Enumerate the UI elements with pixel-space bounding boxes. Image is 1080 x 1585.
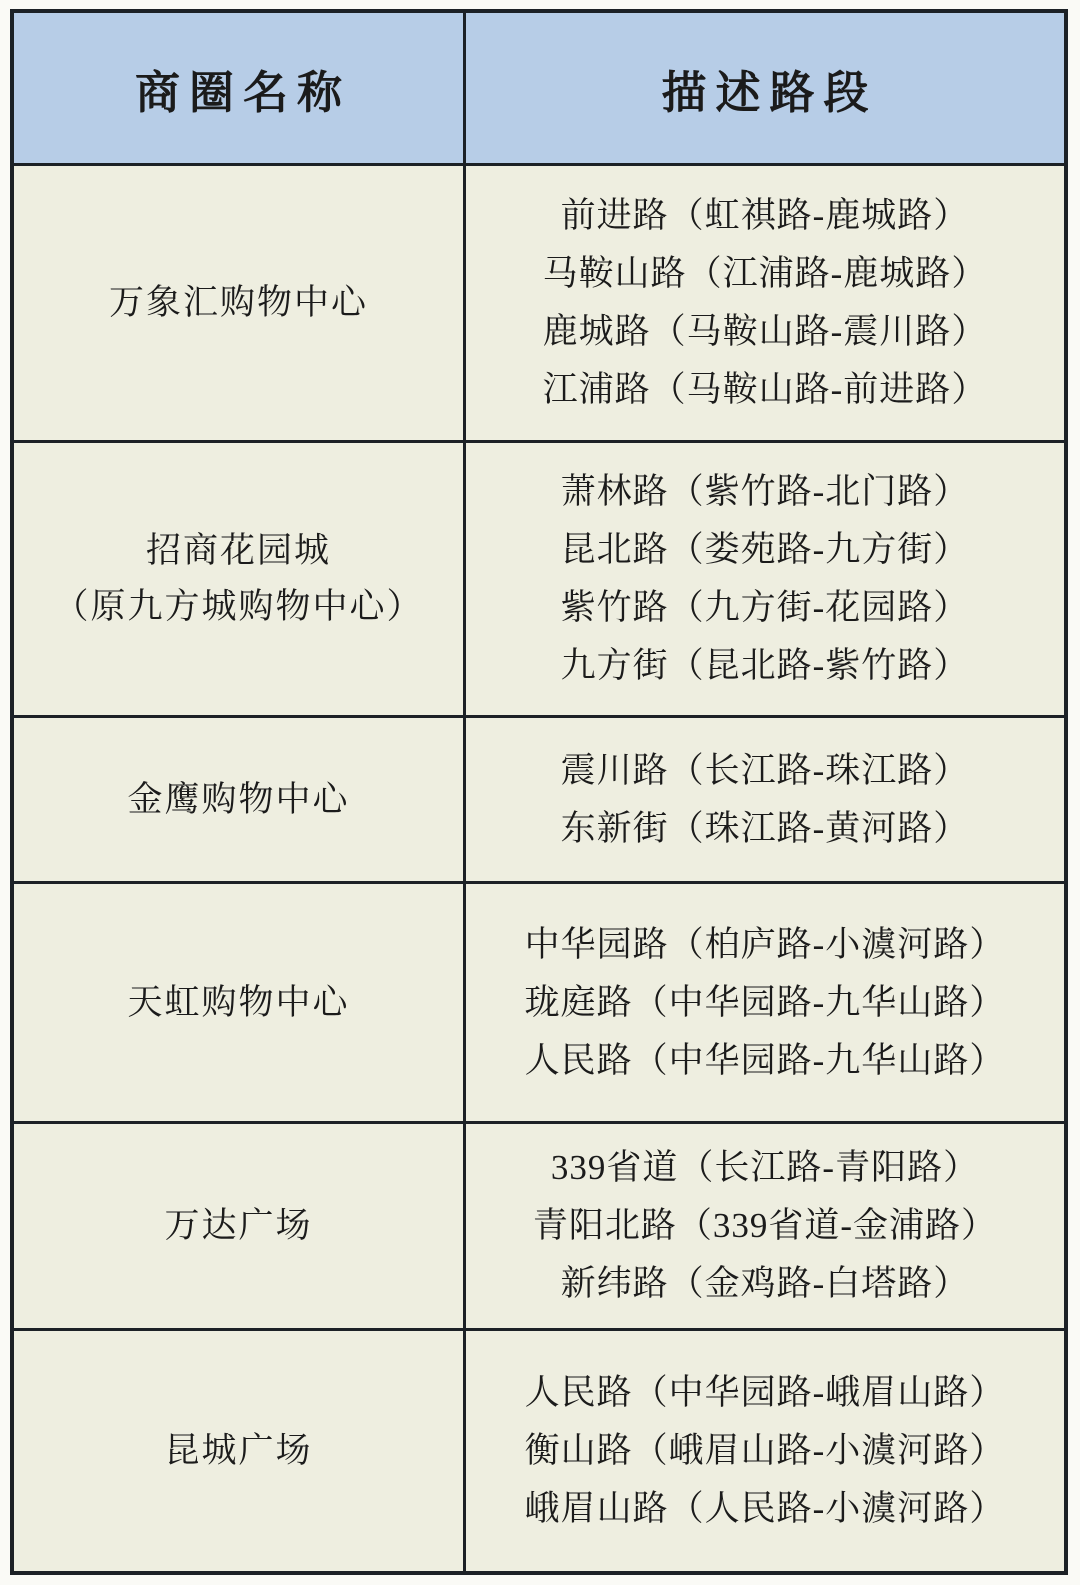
page: 商圈名称 描述路段 万象汇购物中心 前进路（虹祺路-鹿城路） 马鞍山路（江浦路-… <box>0 0 1080 1585</box>
district-name: 招商花园城 <box>146 523 331 579</box>
district-cell: 昆城广场 <box>14 1331 466 1571</box>
segments-cell: 前进路（虹祺路-鹿城路） 马鞍山路（江浦路-鹿城路） 鹿城路（马鞍山路-震川路）… <box>466 166 1064 440</box>
district-name: 万象汇购物中心 <box>109 275 368 331</box>
segment-line: 青阳北路（339省道-金浦路） <box>533 1197 997 1255</box>
segment-line: 人民路（中华园路-峨眉山路） <box>525 1364 1006 1422</box>
district-cell: 万达广场 <box>14 1124 466 1328</box>
business-district-table: 商圈名称 描述路段 万象汇购物中心 前进路（虹祺路-鹿城路） 马鞍山路（江浦路-… <box>10 9 1068 1575</box>
segments-cell: 中华园路（柏庐路-小澞河路） 珑庭路（中华园路-九华山路） 人民路（中华园路-九… <box>466 884 1064 1121</box>
segment-line: 昆北路（娄苑路-九方街） <box>561 521 970 579</box>
segments-cell: 339省道（长江路-青阳路） 青阳北路（339省道-金浦路） 新纬路（金鸡路-白… <box>466 1124 1064 1328</box>
segment-line: 峨眉山路（人民路-小澞河路） <box>525 1480 1006 1538</box>
segment-line: 萧林路（紫竹路-北门路） <box>561 463 970 521</box>
header-road-segments: 描述路段 <box>466 13 1064 163</box>
table-row-tianhong: 天虹购物中心 中华园路（柏庐路-小澞河路） 珑庭路（中华园路-九华山路） 人民路… <box>14 881 1064 1121</box>
district-name: 金鹰购物中心 <box>127 772 349 828</box>
segment-line: 人民路（中华园路-九华山路） <box>525 1032 1006 1090</box>
table-row-jinying: 金鹰购物中心 震川路（长江路-珠江路） 东新街（珠江路-黄河路） <box>14 715 1064 881</box>
segment-line: 珑庭路（中华园路-九华山路） <box>525 974 1006 1032</box>
segment-line: 新纬路（金鸡路-白塔路） <box>561 1255 970 1313</box>
segment-line: 江浦路（马鞍山路-前进路） <box>543 361 988 419</box>
table-row-zhaoshang: 招商花园城 （原九方城购物中心） 萧林路（紫竹路-北门路） 昆北路（娄苑路-九方… <box>14 440 1064 715</box>
district-cell: 万象汇购物中心 <box>14 166 466 440</box>
segment-line: 紫竹路（九方街-花园路） <box>561 579 970 637</box>
table-row-kuncheng: 昆城广场 人民路（中华园路-峨眉山路） 衡山路（峨眉山路-小澞河路） 峨眉山路（… <box>14 1328 1064 1571</box>
district-name: 天虹购物中心 <box>127 975 349 1031</box>
segment-line: 震川路（长江路-珠江路） <box>561 742 970 800</box>
segment-line: 衡山路（峨眉山路-小澞河路） <box>525 1422 1006 1480</box>
segment-line: 339省道（长江路-青阳路） <box>551 1139 979 1197</box>
segment-line: 东新街（珠江路-黄河路） <box>561 800 970 858</box>
segment-line: 九方街（昆北路-紫竹路） <box>561 637 970 695</box>
segment-line: 马鞍山路（江浦路-鹿城路） <box>543 245 988 303</box>
district-cell: 招商花园城 （原九方城购物中心） <box>14 443 466 715</box>
segments-cell: 萧林路（紫竹路-北门路） 昆北路（娄苑路-九方街） 紫竹路（九方街-花园路） 九… <box>466 443 1064 715</box>
district-name-subline: （原九方城购物中心） <box>53 579 423 635</box>
district-cell: 天虹购物中心 <box>14 884 466 1121</box>
segments-cell: 震川路（长江路-珠江路） 东新街（珠江路-黄河路） <box>466 718 1064 881</box>
district-name: 万达广场 <box>164 1198 312 1254</box>
segment-line: 鹿城路（马鞍山路-震川路） <box>543 303 988 361</box>
segment-line: 中华园路（柏庐路-小澞河路） <box>525 916 1006 974</box>
header-row: 商圈名称 描述路段 <box>14 13 1064 163</box>
header-district-name: 商圈名称 <box>14 13 466 163</box>
table-row-wanda: 万达广场 339省道（长江路-青阳路） 青阳北路（339省道-金浦路） 新纬路（… <box>14 1121 1064 1328</box>
segments-cell: 人民路（中华园路-峨眉山路） 衡山路（峨眉山路-小澞河路） 峨眉山路（人民路-小… <box>466 1331 1064 1571</box>
district-cell: 金鹰购物中心 <box>14 718 466 881</box>
table-row-wanxianghui: 万象汇购物中心 前进路（虹祺路-鹿城路） 马鞍山路（江浦路-鹿城路） 鹿城路（马… <box>14 163 1064 440</box>
district-name: 昆城广场 <box>164 1423 312 1479</box>
segment-line: 前进路（虹祺路-鹿城路） <box>561 187 970 245</box>
